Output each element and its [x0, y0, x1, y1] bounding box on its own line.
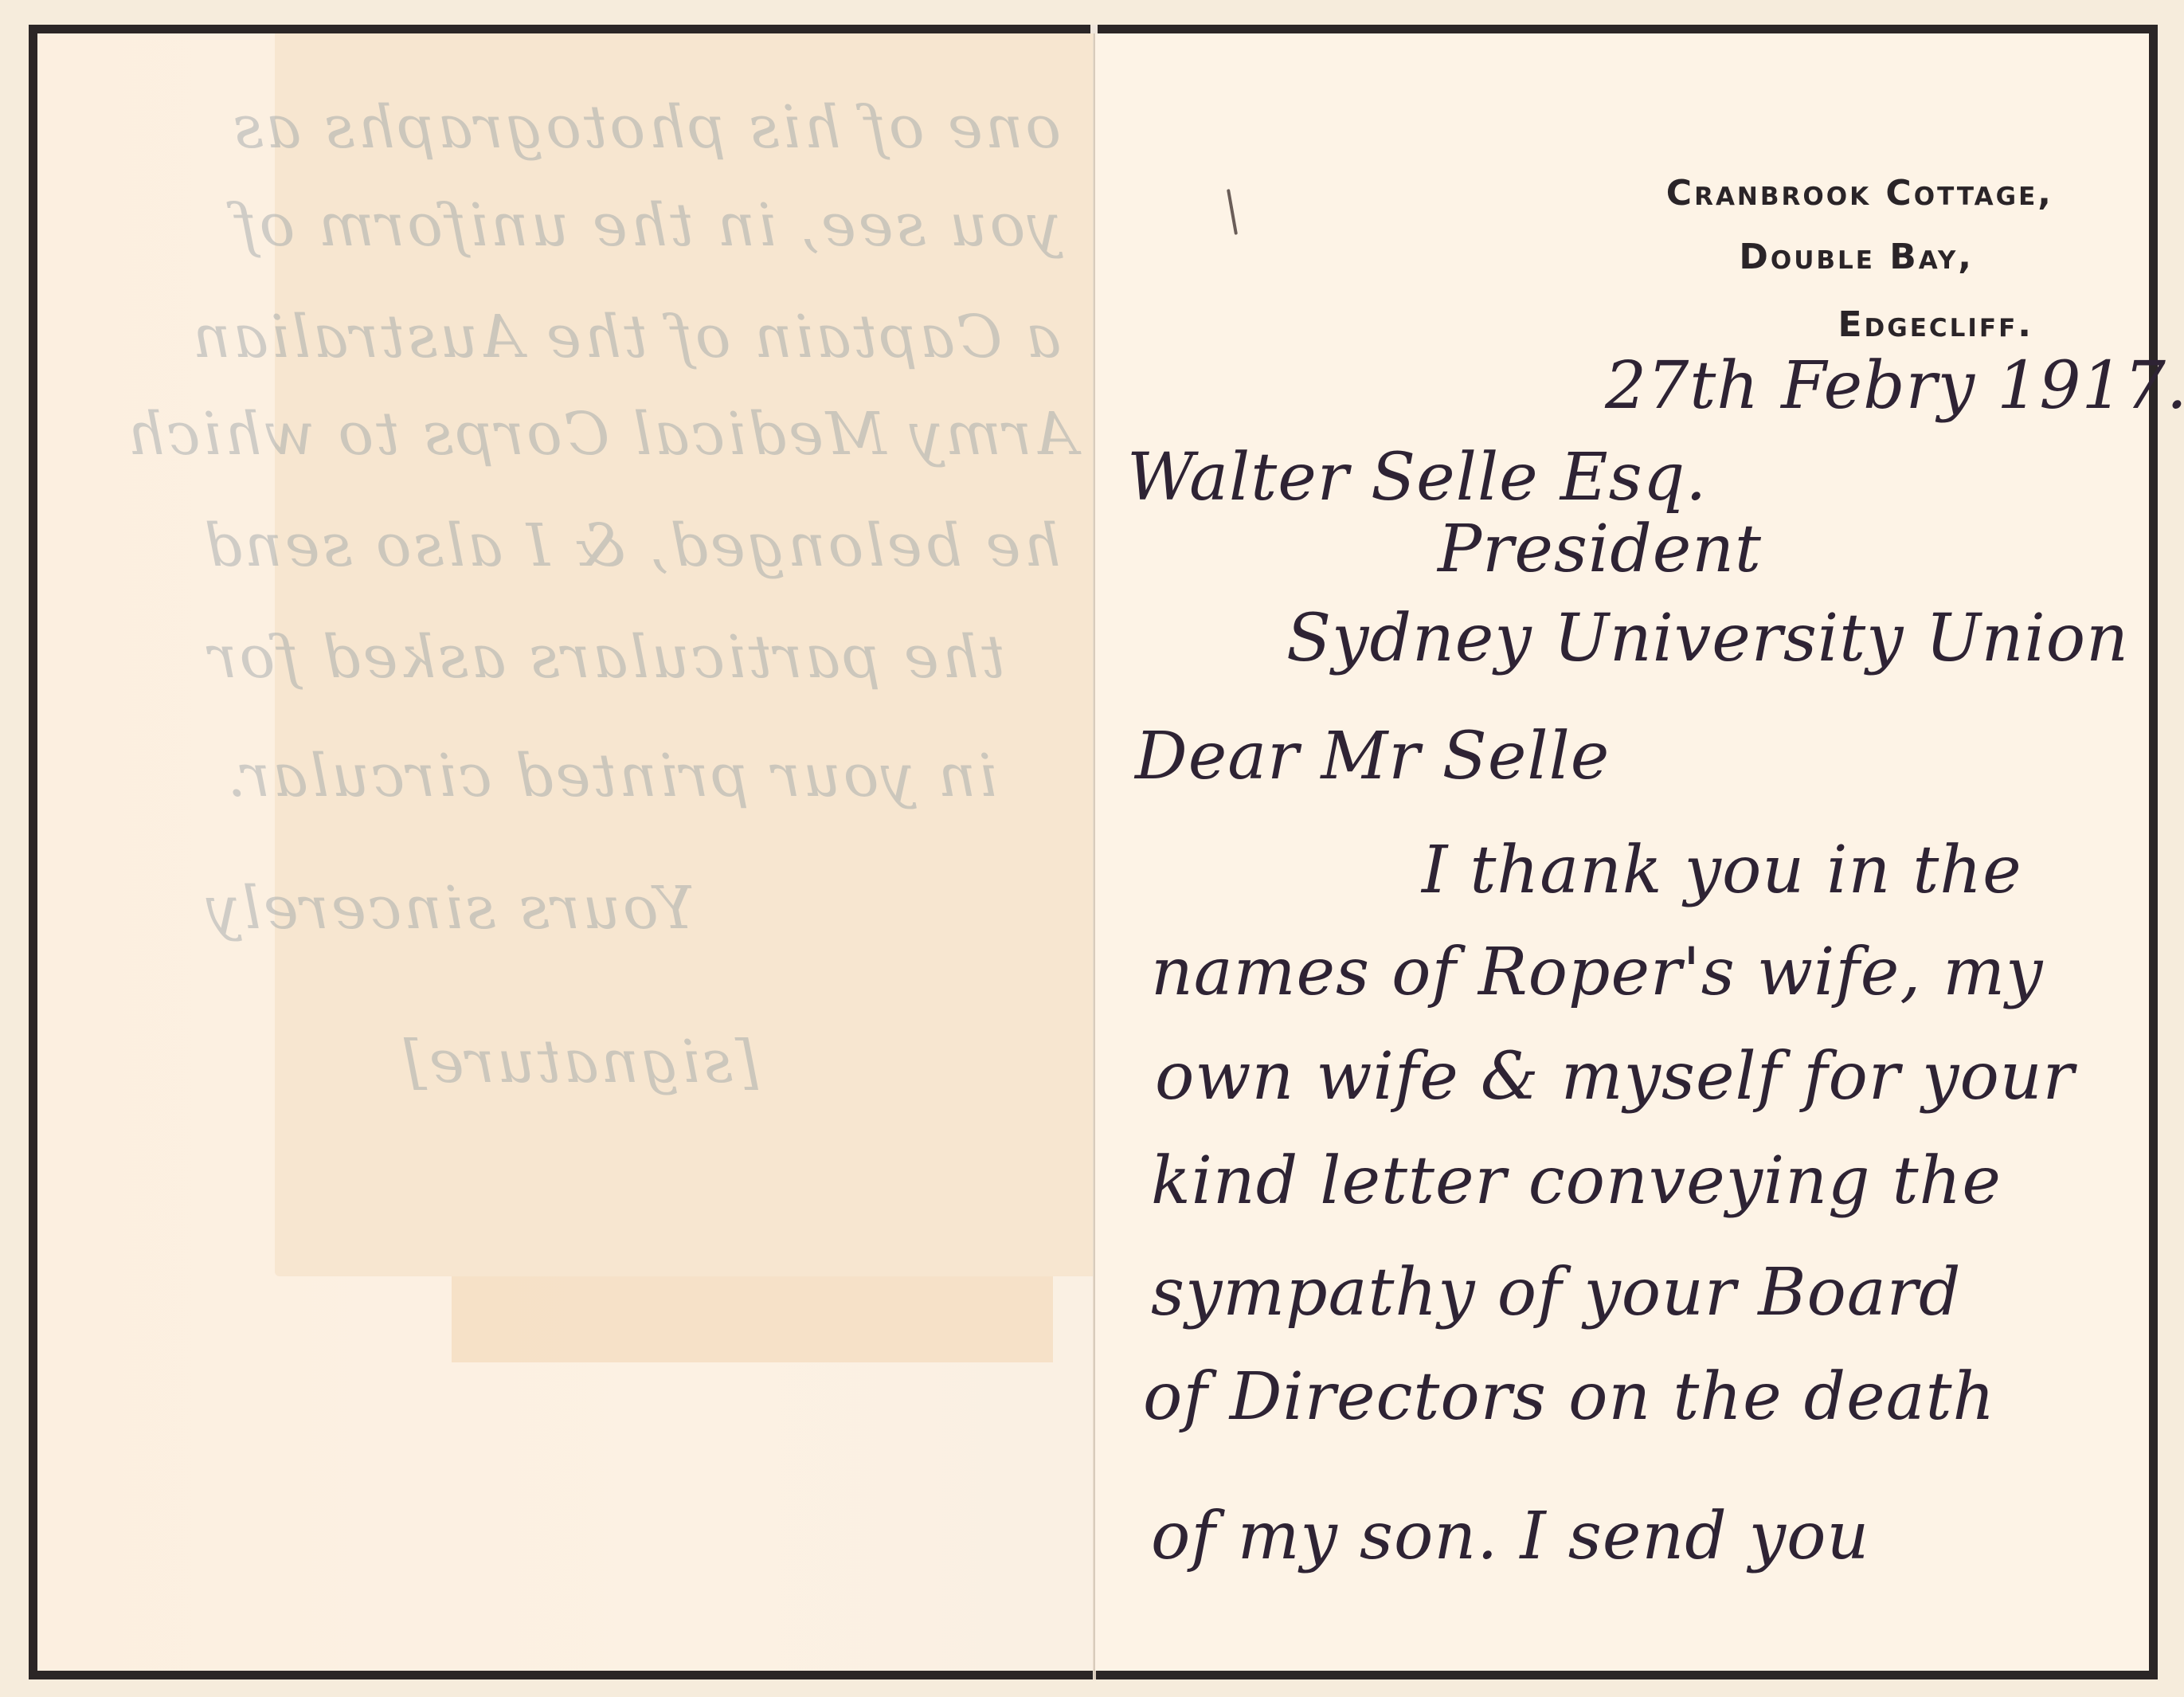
letterhead: Cranbrook Cottage, Double Bay, Edgecliff… [1416, 161, 2053, 368]
body-line: of Directors on the death [1143, 1359, 1995, 1435]
body-line: names of Roper's wife, my [1151, 935, 2043, 1010]
date: 27th Febry 1917. [1605, 348, 2184, 424]
bleed-line: in your printed circular. [225, 742, 997, 810]
bleed-through-text: one of his photographs as you see, in th… [37, 33, 1093, 1671]
paper-mark [1227, 189, 1238, 235]
bleed-signature: [signature] [401, 1028, 758, 1096]
letter-sheet: one of his photographs as you see, in th… [29, 25, 2158, 1679]
letterhead-line-2: Double Bay, [1739, 237, 1974, 277]
letterhead-line-1: Cranbrook Cottage, [1666, 173, 2053, 214]
bleed-line: Army Medical Corps to which [124, 400, 1077, 468]
body-line: sympathy of your Board [1151, 1255, 1961, 1331]
letterhead-line-3: Edgecliff. [1838, 304, 2033, 345]
body-line: own wife & myself for your [1155, 1039, 2075, 1115]
addressee-organisation: Sydney University Union [1286, 601, 2129, 676]
fold-notch [1090, 25, 1098, 33]
bleed-line: Yours sincerely [204, 874, 695, 943]
bleed-line: he belonged, & I also send [202, 511, 1061, 580]
right-page-letter: Cranbrook Cottage, Double Bay, Edgecliff… [1095, 33, 2149, 1671]
addressee-name: Walter Selle Esq. [1127, 440, 1707, 515]
bleed-line: a Captain of the Australian [190, 303, 1061, 371]
bleed-line: one of his photographs as [231, 93, 1061, 162]
salutation: Dear Mr Selle [1135, 719, 1610, 794]
body-line: of my son. I send you [1151, 1499, 1869, 1574]
body-line: I thank you in the [1422, 833, 2022, 908]
bleed-line: you see, in the uniform of [233, 191, 1061, 260]
addressee-title: President [1438, 511, 1762, 587]
body-line: kind letter conveying the [1151, 1143, 2002, 1219]
bleed-line: the particulars asked for [206, 623, 1005, 692]
left-page-reverse: one of his photographs as you see, in th… [37, 33, 1093, 1671]
